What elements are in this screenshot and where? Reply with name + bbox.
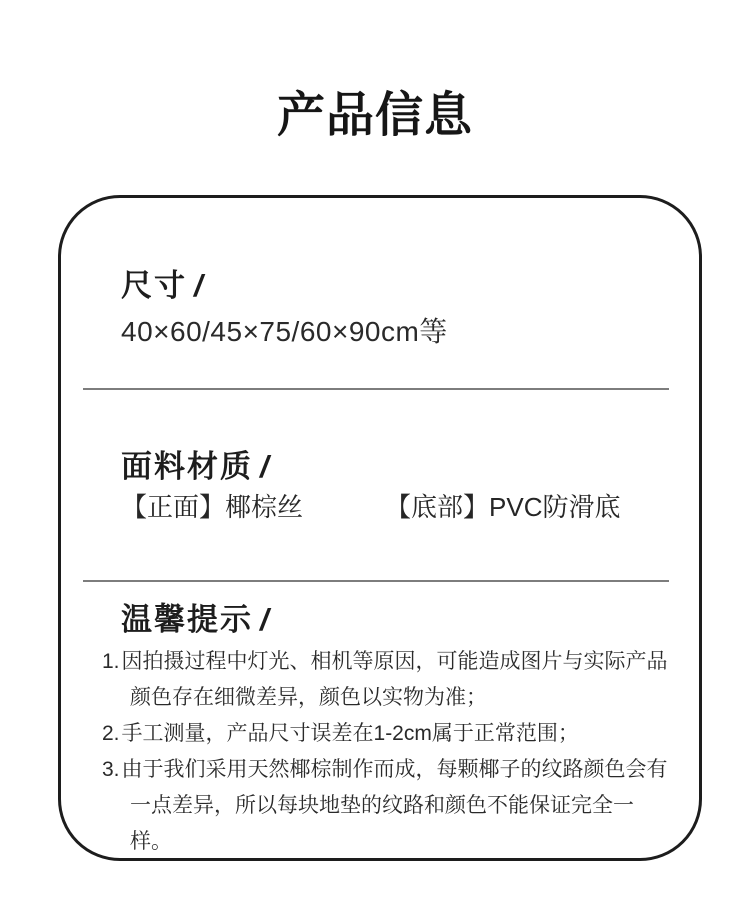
material-bottom-value: 【底部】PVC防滑底	[385, 487, 620, 524]
tips-heading-text: 温馨提示	[121, 602, 253, 637]
page-title: 产品信息	[0, 76, 750, 145]
note-text: 因拍摄过程中灯光、相机等原因，可能造成图片与实际产品颜色存在细微差异，颜色以实物…	[122, 650, 668, 709]
heading-slash: /	[194, 268, 205, 303]
product-info-card: 尺寸/ 40×60/45×75/60×90cm等 面料材质/ 【正面】椰棕丝 【…	[58, 195, 702, 861]
note-text: 由于我们采用天然椰棕制作而成，每颗椰子的纹路颜色会有一点差异，所以每块地垫的纹路…	[122, 758, 668, 853]
material-heading-text: 面料材质	[121, 449, 253, 484]
size-section-heading: 尺寸/	[121, 260, 205, 305]
tips-note-list: 1.因拍摄过程中灯光、相机等原因，可能造成图片与实际产品颜色存在细微差异，颜色以…	[102, 644, 674, 860]
tips-section-heading: 温馨提示/	[121, 594, 271, 639]
heading-slash: /	[260, 602, 271, 637]
note-text: 手工测量，产品尺寸误差在1-2cm属于正常范围；	[122, 722, 579, 745]
note-number: 3.	[102, 758, 122, 781]
note-number: 2.	[102, 722, 122, 745]
tips-note-item: 1.因拍摄过程中灯光、相机等原因，可能造成图片与实际产品颜色存在细微差异，颜色以…	[102, 644, 674, 716]
size-heading-text: 尺寸	[121, 268, 187, 303]
section-divider	[83, 580, 669, 582]
note-number: 1.	[102, 650, 122, 673]
material-values: 【正面】椰棕丝 【底部】PVC防滑底	[121, 487, 620, 524]
size-value: 40×60/45×75/60×90cm等	[121, 310, 448, 350]
heading-slash: /	[260, 449, 271, 484]
section-divider	[83, 388, 669, 390]
material-section-heading: 面料材质/	[121, 441, 271, 486]
tips-note-item: 2.手工测量，产品尺寸误差在1-2cm属于正常范围；	[102, 716, 674, 752]
material-front-value: 【正面】椰棕丝	[121, 487, 303, 524]
tips-note-item: 3.由于我们采用天然椰棕制作而成，每颗椰子的纹路颜色会有一点差异，所以每块地垫的…	[102, 752, 674, 860]
